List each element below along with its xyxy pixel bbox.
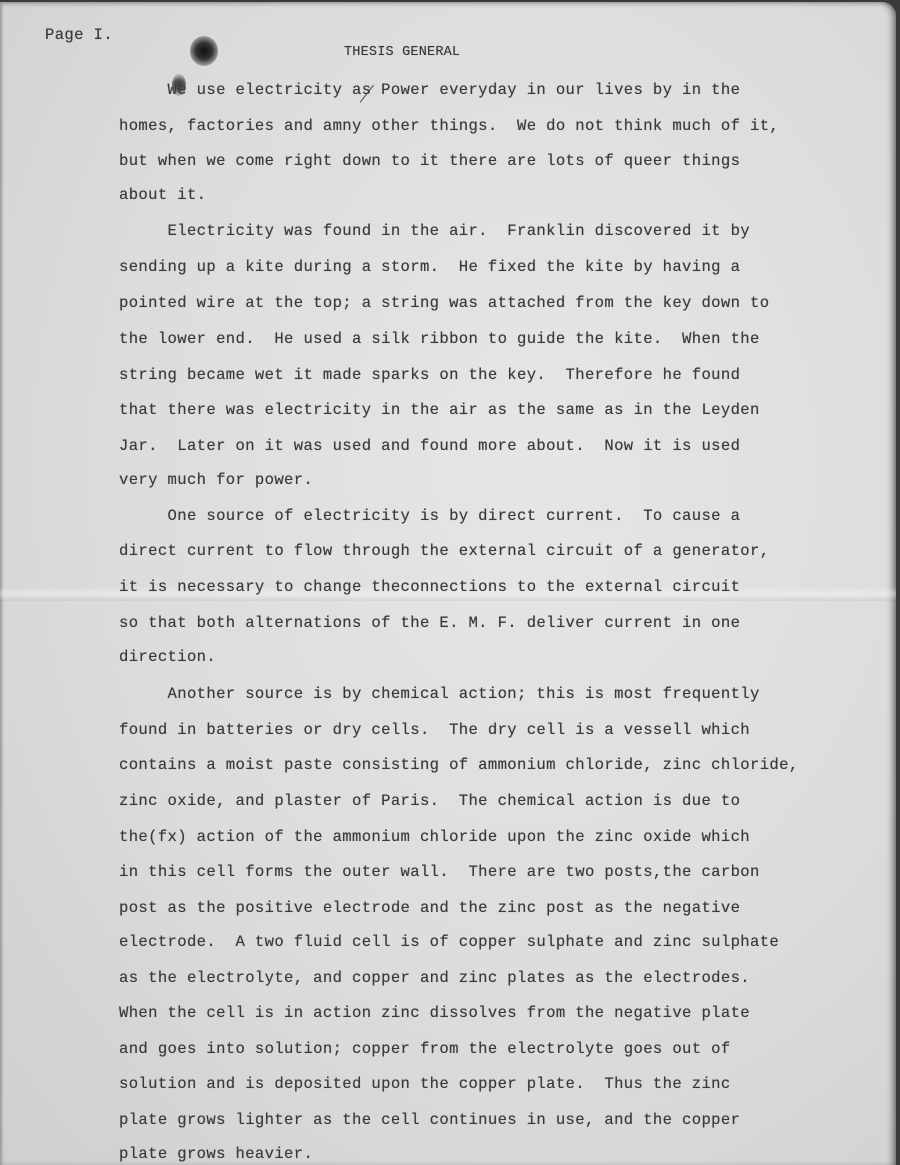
text-line: Another source is by chemical action; th… bbox=[119, 685, 760, 703]
paper-edge bbox=[0, 2, 4, 1165]
page-label: Page I. bbox=[45, 26, 113, 44]
text-line: direction. bbox=[119, 648, 216, 666]
text-line: the lower end. He used a silk ribbon to … bbox=[119, 330, 760, 348]
page-title: THESIS GENERAL bbox=[344, 45, 460, 60]
text-line: We use electricity as Power everyday in … bbox=[119, 81, 740, 99]
text-line: homes, factories and amny other things. … bbox=[119, 117, 779, 135]
text-line: the(fx) action of the ammonium chloride … bbox=[119, 828, 750, 846]
typewritten-page: Page I. THESIS GENERAL We use electricit… bbox=[0, 2, 896, 1165]
text-line: about it. bbox=[119, 186, 206, 204]
text-line: that there was electricity in the air as… bbox=[119, 401, 760, 419]
text-line: zinc oxide, and plaster of Paris. The ch… bbox=[119, 792, 740, 810]
text-line: contains a moist paste consisting of amm… bbox=[119, 756, 799, 774]
text-line: One source of electricity is by direct c… bbox=[119, 507, 740, 525]
text-line: in this cell forms the outer wall. There… bbox=[119, 863, 760, 881]
text-line: it is necessary to change theconnections… bbox=[119, 578, 740, 596]
text-line: Electricity was found in the air. Frankl… bbox=[119, 222, 750, 240]
text-line: plate grows heavier. bbox=[119, 1145, 313, 1163]
text-line: very much for power. bbox=[119, 471, 313, 489]
text-line: post as the positive electrode and the z… bbox=[119, 899, 740, 917]
text-line: pointed wire at the top; a string was at… bbox=[119, 294, 769, 312]
text-line: Jar. Later on it was used and found more… bbox=[119, 437, 740, 455]
text-line: When the cell is in action zinc dissolve… bbox=[119, 1004, 750, 1022]
ink-blot bbox=[190, 36, 218, 66]
text-line: sending up a kite during a storm. He fix… bbox=[119, 258, 740, 276]
text-line: solution and is deposited upon the coppe… bbox=[119, 1075, 731, 1093]
text-line: as the electrolyte, and copper and zinc … bbox=[119, 969, 750, 987]
text-line: direct current to flow through the exter… bbox=[119, 542, 769, 560]
text-line: so that both alternations of the E. M. F… bbox=[119, 614, 740, 632]
text-line: string became wet it made sparks on the … bbox=[119, 366, 740, 384]
text-line: and goes into solution; copper from the … bbox=[119, 1040, 731, 1058]
text-line: plate grows lighter as the cell continue… bbox=[119, 1111, 740, 1129]
text-line: electrode. A two fluid cell is of copper… bbox=[119, 933, 779, 951]
text-line: but when we come right down to it there … bbox=[119, 152, 740, 170]
text-line: found in batteries or dry cells. The dry… bbox=[119, 721, 750, 739]
